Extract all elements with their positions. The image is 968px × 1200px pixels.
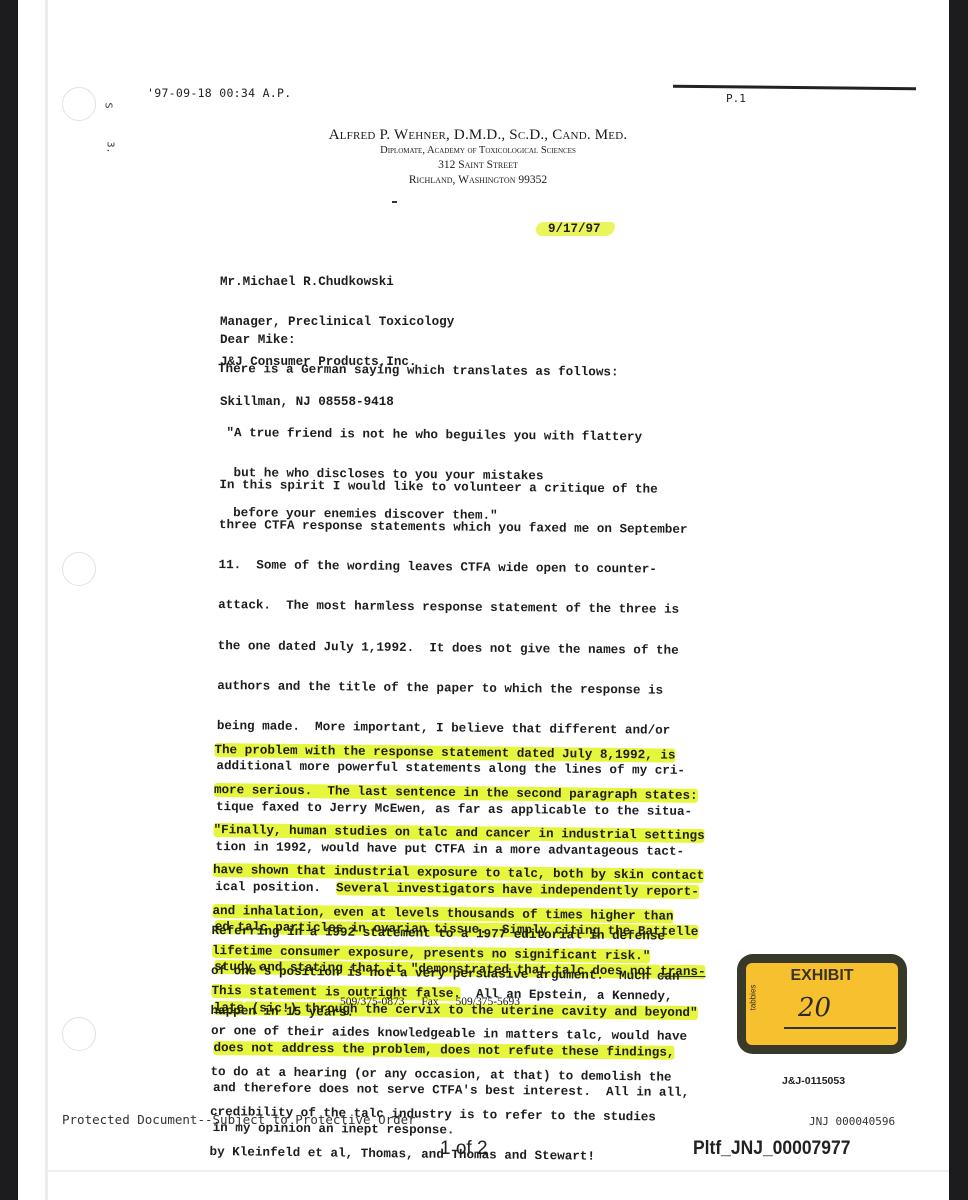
highlighted-text: "Finally, human studies on talc and canc… (213, 823, 704, 843)
highlighted-text: more serious. The last sentence in the s… (214, 783, 698, 803)
text-line: 11. Some of the wording leaves CTFA wide… (218, 559, 709, 578)
punch-hole-icon (62, 1017, 96, 1051)
highlighted-text: The problem with the response statement … (214, 743, 675, 763)
letterhead-street: 312 Saint Street (308, 158, 648, 173)
text-line: the one dated July 1,1992. It does not g… (218, 640, 709, 659)
exhibit-label: EXHIBIT (746, 967, 898, 985)
scan-mark (392, 201, 397, 203)
letterhead: Alfred P. Wehner, D.M.D., Sc.D., Cand. M… (308, 127, 648, 188)
exhibit-sticker: EXHIBIT tabbies 20 (737, 954, 907, 1054)
letterhead-city: Richland, Washington 99352 (308, 173, 648, 188)
phone-number: 509/375-0873 (340, 996, 405, 1008)
text-line: more serious. The last sentence in the s… (214, 784, 705, 803)
recipient-line: Manager, Preclinical Toxicology (220, 316, 454, 329)
text-line: of one's position is not a very persuasi… (211, 965, 680, 984)
jnj-bates-number: JNJ 000040596 (809, 1115, 895, 1128)
fax-number: Fax 509/375-5693 (421, 996, 520, 1008)
quote-line: "A true friend is not he who beguiles yo… (226, 427, 642, 445)
exhibit-brand: tabbies (748, 985, 757, 1011)
fax-timestamp: '97-09-18 00:34 A.P. (147, 86, 291, 100)
recipient-line: Mr.Michael R.Chudkowski (220, 276, 454, 289)
salutation: Dear Mike: (220, 334, 296, 347)
text-line: authors and the title of the paper to wh… (217, 680, 708, 699)
margin-mark: 3. (105, 141, 116, 153)
text-line: have shown that industrial exposure to t… (213, 864, 704, 883)
fax-header-rule (673, 85, 916, 91)
contact-line: 509/375-0873 Fax 509/375-5693 (340, 996, 520, 1008)
text-line: "Finally, human studies on talc and canc… (213, 824, 704, 843)
page-edge (45, 0, 48, 1200)
page-count: 1 of 2 (440, 1138, 488, 1160)
plaintiff-bates-number: Pltf_JNJ_00007977 (693, 1138, 850, 1160)
margin-mark: S (103, 102, 114, 108)
document-page: S 3. '97-09-18 00:34 A.P. P.1 Alfred P. … (18, 0, 949, 1200)
exhibit-number: 20 (798, 993, 831, 1023)
jj-bates-number: J&J-0115053 (782, 1075, 845, 1087)
punch-hole-icon (62, 87, 96, 121)
letter-date: 9/17/97 (536, 222, 615, 236)
fax-page-marker: P.1 (726, 92, 746, 105)
punch-hole-icon (62, 552, 96, 586)
letterhead-title: Diplomate, Academy of Toxicological Scie… (308, 144, 648, 158)
exhibit-number-line (784, 1027, 896, 1029)
protective-order-notice: Protected Document--Subject to Protectiv… (62, 1112, 416, 1127)
text-line: three CTFA response statements which you… (219, 519, 710, 538)
text-line: Referring in a 1992 statement to a 1977 … (211, 925, 680, 944)
exhibit-sticker-face: EXHIBIT tabbies 20 (746, 963, 898, 1045)
text-line: happen in 15 years. (210, 1005, 679, 1024)
text-line: The problem with the response statement … (214, 744, 705, 763)
highlighted-text: have shown that industrial exposure to t… (213, 863, 704, 883)
paragraph-3: Referring in a 1992 statement to a 1977 … (210, 898, 680, 1051)
text-line: to do at a hearing (or any occasion, at … (210, 1066, 701, 1085)
text-line: attack. The most harmless response state… (218, 599, 709, 618)
text-line: In this spirit I would like to volunteer… (219, 479, 710, 498)
letterhead-name: Alfred P. Wehner, D.M.D., Sc.D., Cand. M… (308, 127, 648, 144)
